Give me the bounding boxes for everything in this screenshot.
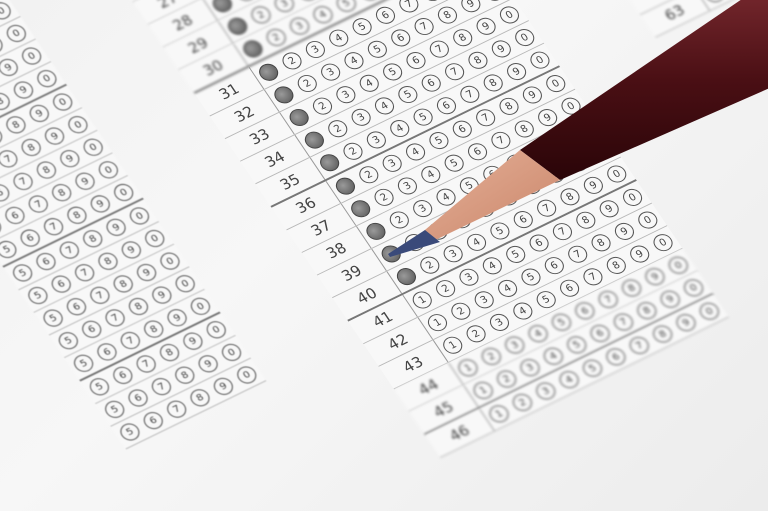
answer-bubble[interactable]: 6 [556,277,582,300]
answer-bubble[interactable]: 6 [94,340,120,363]
answer-bubble[interactable]: 8 [33,159,59,182]
answer-bubble[interactable]: 4 [510,300,536,323]
answer-bubble[interactable]: 6 [33,250,59,273]
answer-bubble[interactable]: 2 [493,368,519,391]
answer-bubble[interactable]: 7 [71,261,97,284]
answer-bubble[interactable]: 2 [309,95,335,118]
answer-bubble[interactable]: 5 [349,15,375,38]
answer-bubble[interactable]: 6 [2,204,28,227]
answer-bubble[interactable]: 6 [0,181,13,204]
answer-bubble[interactable]: 9 [0,56,21,79]
answer-bubble[interactable]: 7 [117,329,143,352]
answer-bubble[interactable]: 6 [17,227,43,250]
answer-bubble[interactable]: 5 [533,288,559,311]
answer-bubble[interactable]: 3 [302,38,328,61]
answer-bubble[interactable]: 1 [409,289,435,312]
answer-bubble[interactable]: 3 [317,61,343,84]
answer-bubble[interactable]: 0 [157,250,183,273]
answer-bubble[interactable]: 6 [603,345,629,368]
answer-bubble[interactable]: 9 [0,33,6,56]
answer-bubble[interactable]: 0 [95,158,121,181]
answer-bubble[interactable]: 0 [142,227,168,250]
answer-bubble[interactable]: 8 [649,323,675,346]
answer-bubble[interactable]: 6 [79,318,105,341]
answer-bubble[interactable]: 8 [156,341,182,364]
answer-bubble[interactable]: 0 [0,0,14,22]
answer-bubble[interactable] [224,15,250,38]
answer-bubble[interactable]: 6 [357,0,383,3]
answer-bubble[interactable]: 3 [456,266,482,289]
answer-bubble[interactable]: 3 [517,356,543,379]
answer-bubble[interactable]: 2 [248,3,274,26]
answer-bubble[interactable]: 2 [448,300,474,323]
answer-bubble[interactable]: 2 [432,277,458,300]
answer-bubble[interactable]: 8 [141,318,167,341]
answer-bubble[interactable]: 8 [64,204,90,227]
answer-bubble[interactable]: 7 [580,265,606,288]
answer-bubble[interactable]: 8 [125,295,151,318]
answer-bubble[interactable]: 8 [634,299,660,322]
answer-bubble[interactable]: 5 [55,329,81,352]
answer-bubble[interactable]: 0 [18,45,44,68]
answer-bubble[interactable]: 3 [471,288,497,311]
answer-bubble[interactable]: 0 [126,204,152,227]
answer-bubble[interactable]: 7 [626,334,652,357]
answer-bubble[interactable]: 5 [9,261,35,284]
answer-bubble[interactable]: 7 [0,147,21,170]
answer-bubble[interactable] [348,197,374,220]
answer-bubble[interactable]: 6 [63,295,89,318]
answer-bubble[interactable]: 7 [133,352,159,375]
answer-bubble[interactable]: 7 [610,311,636,334]
answer-bubble[interactable]: 0 [696,300,722,323]
answer-bubble[interactable]: 9 [41,125,67,148]
answer-bubble[interactable]: 7 [163,398,189,421]
answer-bubble[interactable] [393,265,419,288]
answer-bubble[interactable]: 5 [579,357,605,380]
answer-bubble[interactable]: 1 [486,402,512,425]
answer-bubble[interactable]: 8 [3,113,29,136]
answer-bubble[interactable]: 0 [234,363,260,386]
answer-bubble[interactable]: 7 [595,288,621,311]
answer-bubble[interactable]: 6 [572,299,598,322]
answer-bubble[interactable]: 3 [486,311,512,334]
answer-bubble[interactable]: 5 [518,266,544,289]
answer-bubble[interactable]: 5 [86,375,112,398]
answer-bubble[interactable]: 9 [133,261,159,284]
answer-bubble[interactable]: 7 [25,193,51,216]
answer-bubble[interactable] [271,83,297,106]
answer-bubble[interactable]: 2 [463,322,489,345]
answer-bubble[interactable]: 7 [0,125,6,148]
answer-bubble[interactable]: 8 [618,277,644,300]
answer-bubble[interactable]: 8 [110,272,136,295]
answer-bubble[interactable]: 7 [10,170,36,193]
answer-bubble[interactable]: 5 [548,311,574,334]
answer-bubble[interactable]: 2 [279,49,305,72]
answer-bubble[interactable]: 5 [0,238,20,261]
answer-bubble[interactable]: 9 [87,192,113,215]
answer-bubble[interactable]: 4 [556,368,582,391]
answer-bubble[interactable]: 5 [564,333,590,356]
answer-bubble[interactable]: 5 [101,398,127,421]
answer-bubble[interactable]: 8 [187,386,213,409]
answer-bubble[interactable]: 2 [356,163,382,186]
answer-bubble[interactable]: 0 [65,113,91,136]
answer-bubble[interactable]: 6 [110,364,136,387]
answer-bubble[interactable]: 6 [48,273,74,296]
answer-bubble[interactable]: 3 [333,83,359,106]
answer-bubble[interactable]: 3 [286,15,312,38]
answer-bubble[interactable]: 0 [218,341,244,364]
answer-bubble[interactable]: 7 [40,215,66,238]
answer-bubble[interactable] [316,151,342,174]
answer-bubble[interactable]: 9 [210,375,236,398]
answer-bubble[interactable]: 8 [80,227,106,250]
answer-bubble[interactable]: 6 [587,322,613,345]
answer-bubble[interactable]: 0 [34,67,60,90]
answer-bubble[interactable]: 4 [341,49,367,72]
answer-bubble[interactable] [240,37,266,60]
answer-bubble[interactable]: 3 [533,380,559,403]
answer-bubble[interactable] [255,61,281,84]
answer-bubble[interactable]: 9 [164,306,190,329]
answer-bubble[interactable]: 9 [72,170,98,193]
answer-bubble[interactable]: 9 [57,147,83,170]
answer-bubble[interactable] [286,106,312,129]
answer-bubble[interactable]: 8 [95,250,121,273]
answer-bubble[interactable]: 8 [172,364,198,387]
answer-bubble[interactable]: 3 [502,334,528,357]
answer-bubble[interactable]: 4 [310,3,336,26]
answer-bubble[interactable]: 0 [110,181,136,204]
answer-bubble[interactable]: 3 [348,106,374,129]
answer-bubble[interactable]: 0 [172,272,198,295]
answer-bubble[interactable]: 0 [680,276,706,299]
answer-bubble[interactable] [301,129,327,152]
answer-bubble[interactable]: 1 [440,334,466,357]
answer-bubble[interactable]: 9 [642,265,668,288]
answer-bubble[interactable]: 0 [187,295,213,318]
answer-bubble[interactable]: 9 [195,352,221,375]
answer-bubble[interactable]: 6 [125,386,151,409]
answer-bubble[interactable]: 5 [25,284,51,307]
answer-bubble[interactable]: 2 [263,26,289,49]
answer-bubble[interactable]: 1 [424,311,450,334]
answer-bubble[interactable]: 7 [102,306,128,329]
answer-bubble[interactable]: 4 [326,27,352,50]
answer-bubble[interactable]: 8 [18,136,44,159]
answer-bubble[interactable]: 9 [103,216,129,239]
answer-bubble[interactable]: 6 [140,409,166,432]
answer-bubble[interactable]: 2 [294,72,320,95]
answer-bubble[interactable]: 8 [48,181,74,204]
answer-bubble[interactable]: 4 [356,72,382,95]
answer-bubble[interactable]: 1 [455,356,481,379]
answer-bubble[interactable]: 9 [657,288,683,311]
answer-bubble[interactable]: 7 [148,375,174,398]
answer-bubble[interactable]: 9 [149,284,175,307]
answer-bubble[interactable] [332,175,358,198]
answer-bubble[interactable]: 2 [509,391,535,414]
answer-bubble[interactable]: 2 [325,117,351,140]
answer-bubble[interactable]: 5 [117,420,143,443]
answer-bubble[interactable]: 9 [118,238,144,261]
answer-bubble[interactable]: 9 [673,311,699,334]
answer-bubble[interactable]: 9 [10,79,36,102]
answer-bubble[interactable]: 4 [494,277,520,300]
answer-bubble[interactable]: 4 [525,322,551,345]
answer-bubble[interactable]: 9 [26,102,52,125]
answer-bubble[interactable]: 0 [49,91,75,114]
pencil-icon [385,0,768,260]
answer-bubble[interactable]: 2 [478,345,504,368]
answer-bubble[interactable]: 8 [0,90,13,113]
answer-bubble[interactable]: 7 [87,284,113,307]
answer-bubble[interactable]: 4 [540,345,566,368]
answer-bubble[interactable]: 9 [180,330,206,353]
answer-bubble[interactable]: 2 [340,140,366,163]
answer-bubble[interactable]: 1 [470,379,496,402]
answer-bubble[interactable]: 5 [70,352,96,375]
answer-bubble[interactable]: 5 [333,0,359,15]
answer-bubble[interactable]: 5 [40,307,66,330]
answer-bubble[interactable]: 0 [3,22,29,45]
answer-bubble[interactable]: 0 [203,318,229,341]
answer-bubble[interactable]: 0 [80,136,106,159]
answer-bubble[interactable]: 7 [56,239,82,262]
answer-bubble[interactable]: 3 [271,0,297,15]
